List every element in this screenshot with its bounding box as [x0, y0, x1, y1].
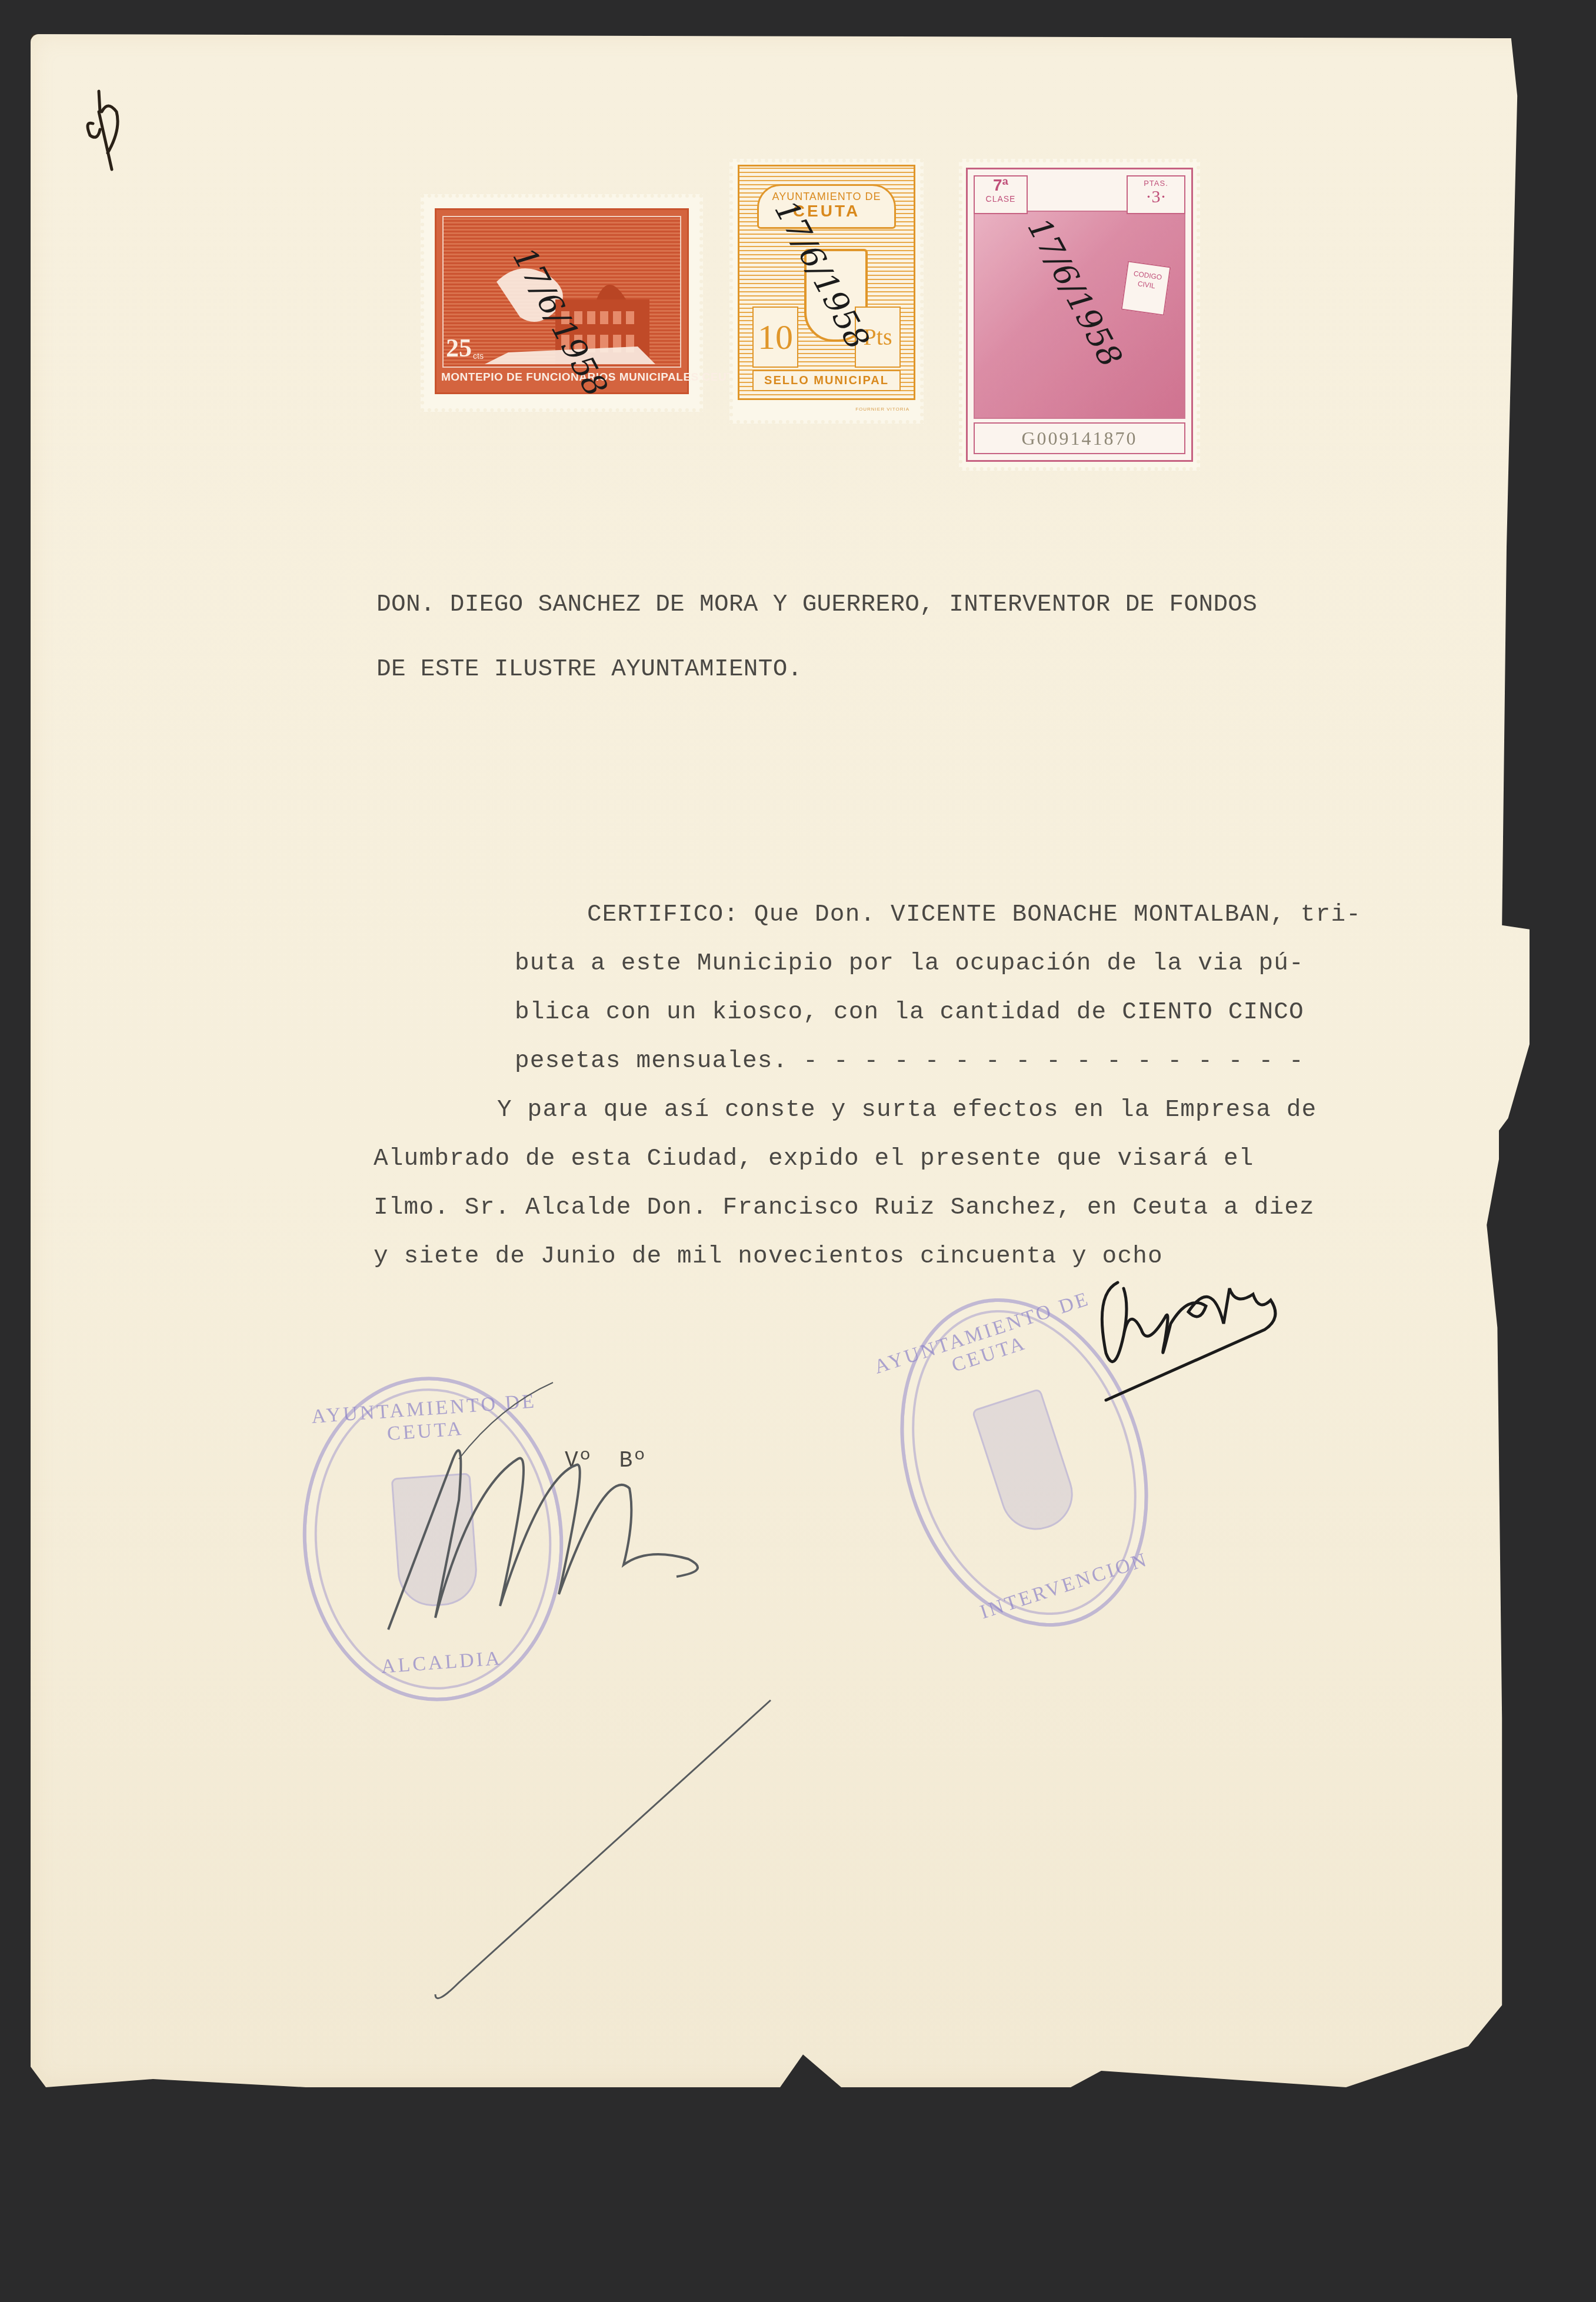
- body-line: pesetas mensuales. - - - - - - - - - - -…: [515, 1048, 1304, 1075]
- stamp-class-box: 7ª CLASE: [974, 175, 1028, 214]
- mayor-signature: [382, 1371, 853, 2053]
- body-line: y siete de Junio de mil novecientos cinc…: [374, 1243, 1163, 1270]
- coat-of-arms-icon: [971, 1388, 1082, 1540]
- printer-imprint: FOURNIER VITORIA: [855, 407, 909, 412]
- revenue-stamp-montepio: 25 cts MONTEPIO DE FUNCIONARIOS MUNICIPA…: [421, 194, 703, 412]
- stamp-value: 25: [446, 333, 472, 363]
- stamp-value-unit: cts: [473, 351, 484, 361]
- stamp-value: 10: [752, 307, 798, 368]
- revenue-stamp-sello-municipal: AYUNTAMIENTO DE CEUTA 10 Pts SELLO MUNIC…: [729, 159, 924, 424]
- book-label: CODIGO CIVIL: [1121, 261, 1171, 315]
- body-line: Ilmo. Sr. Alcalde Don. Francisco Ruiz Sa…: [374, 1194, 1315, 1221]
- body-line: CERTIFICO: Que Don. VICENTE BONACHE MONT…: [587, 901, 1361, 928]
- stamp-caption: SELLO MUNICIPAL: [752, 370, 901, 391]
- interventor-signature: [1082, 1271, 1306, 1424]
- stamp-value-box: PTAS. ·3·: [1127, 175, 1185, 214]
- stamp-caption: MONTEPIO DE FUNCIONARIOS MUNICIPALES CEU…: [441, 371, 682, 389]
- body-line: buta a este Municipio por la ocupación d…: [515, 950, 1304, 977]
- body-line: Y para que así conste y surta efectos en…: [497, 1097, 1317, 1124]
- revenue-stamp-7a-clase: 7ª CLASE PTAS. ·3· CODIGO CIVIL G0091418…: [959, 159, 1200, 471]
- heading-line-1: DON. DIEGO SANCHEZ DE MORA Y GUERRERO, I…: [376, 591, 1257, 618]
- body-line: Alumbrado de esta Ciudad, expido el pres…: [374, 1145, 1254, 1172]
- corner-initials-mark: [81, 88, 128, 176]
- stamp-serial-number: G009141870: [974, 422, 1185, 454]
- heading-line-2: DE ESTE ILUSTRE AYUNTAMIENTO.: [376, 656, 802, 683]
- body-line: blica con un kiosco, con la cantidad de …: [515, 999, 1304, 1026]
